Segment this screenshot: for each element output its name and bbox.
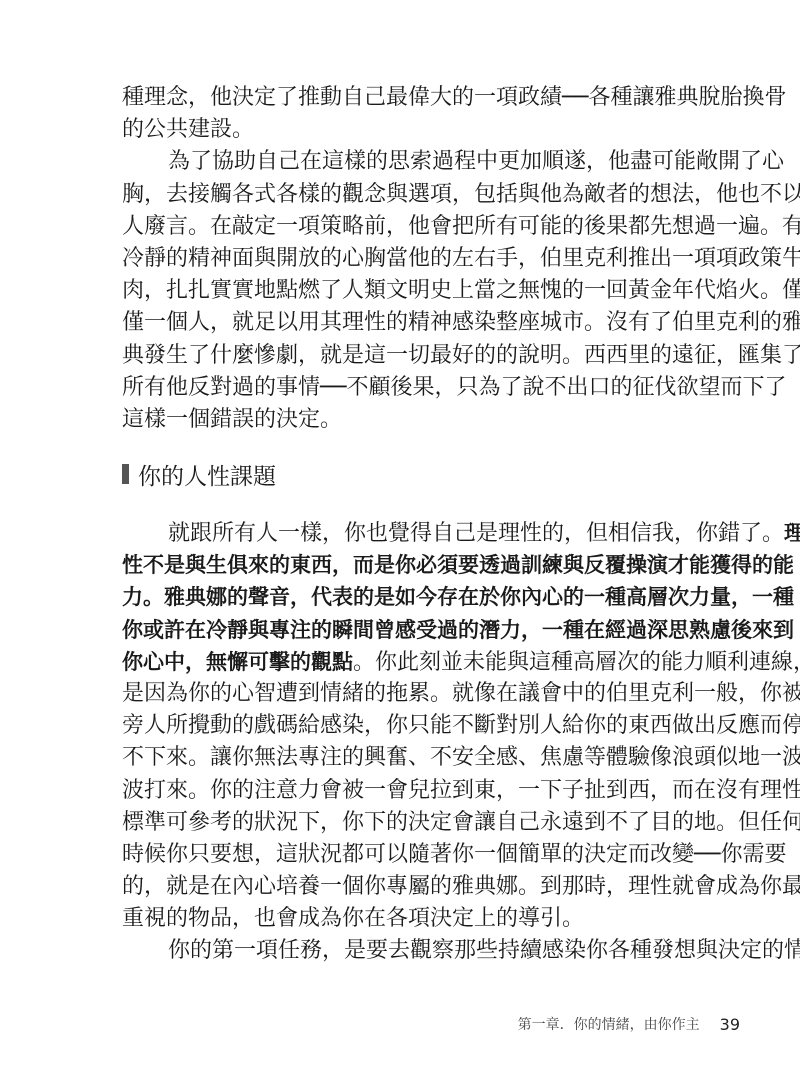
page-number: 39 — [720, 1015, 740, 1034]
section-heading: 你的人性課題 — [122, 459, 276, 489]
text-line: 典發生了什麼慘劇，就是這一切最好的的說明。西西里的遠征，匯集了 — [122, 340, 700, 372]
text-line: 的，就是在內心培養一個你專屬的雅典娜。到那時，理性就會成為你最 — [122, 871, 700, 903]
text-line: 肉，扎扎實實地點燃了人類文明史上當之無愧的一回黃金年代焰火。僅 — [122, 275, 700, 307]
text-line: 胸，去接觸各式各樣的觀念與選項，包括與他為敵者的想法，他也不以 — [122, 179, 700, 211]
text-line: 力。雅典娜的聲音，代表的是如今存在於你內心的一種高層次力量，一種 — [122, 581, 700, 613]
text-line: 冷靜的精神面與開放的心胸當他的左右手，伯里克利推出一項項政策牛 — [122, 243, 700, 275]
text-line: 標準可參考的狀況下，你下的決定會讓自己永遠到不了目的地。但任何 — [122, 807, 700, 839]
page-footer: 第一章．你的情緒，由你作主 39 — [518, 1014, 740, 1034]
text-line: 你或許在冷靜與專注的瞬間曾感受過的潛力，一種在經過深思熟慮後來到 — [122, 614, 700, 646]
body-text-section-2: 就跟所有人一樣，你也覺得自己是理性的，但相信我，你錯了。理 性不是與生俱來的東西… — [122, 517, 700, 968]
running-footer-chapter: 第一章．你的情緒，由你作主 — [518, 1014, 700, 1034]
text-normal: 。你此刻並未能與這種高層次的能力順利連線， — [353, 650, 800, 675]
text-line: 你的第一項任務，是要去觀察那些持續感染你各種發想與決定的情 — [122, 935, 700, 967]
text-line: 重視的物品，也會成為你在各項決定上的導引。 — [122, 903, 700, 935]
text-line: 是因為你的心智遭到情緒的拖累。就像在議會中的伯里克利一般，你被 — [122, 678, 700, 710]
text-line: 這樣一個錯誤的決定。 — [122, 404, 700, 436]
text-emphasis: 性不是與生俱來的東西，而是你必須要透過訓練與反覆操演才能獲得的能 — [122, 553, 794, 577]
text-line: 就跟所有人一樣，你也覺得自己是理性的，但相信我，你錯了。理 — [122, 517, 700, 549]
text-emphasis: 你心中，無懈可擊的觀點 — [122, 650, 353, 674]
book-page: 種理念，他決定了推動自己最偉大的一項政績──各種讓雅典脫胎換骨 的公共建設。 為… — [0, 0, 800, 1083]
text-line: 不下來。讓你無法專注的興奮、不安全感、焦慮等體驗像浪頭似地一波 — [122, 742, 700, 774]
text-line: 的公共建設。 — [122, 114, 700, 146]
text-line: 旁人所攪動的戲碼給感染，你只能不斷對別人給你的東西做出反應而停 — [122, 710, 700, 742]
text-line: 性不是與生俱來的東西，而是你必須要透過訓練與反覆操演才能獲得的能 — [122, 549, 700, 581]
text-emphasis: 理 — [784, 521, 800, 545]
text-line: 人廢言。在敲定一項策略前，他會把所有可能的後果都先想過一遍。有 — [122, 211, 700, 243]
text-line: 所有他反對過的事情──不顧後果，只為了說不出口的征伐欲望而下了 — [122, 372, 700, 404]
text-emphasis: 你或許在冷靜與專注的瞬間曾感受過的潛力，一種在經過深思熟慮後來到 — [122, 618, 794, 642]
text-emphasis: 力。雅典娜的聲音，代表的是如今存在於你內心的一種高層次力量，一種 — [122, 585, 794, 609]
text-line: 波打來。你的注意力會被一會兒拉到東，一下子扯到西，而在沒有理性 — [122, 775, 700, 807]
section-heading-title: 你的人性課題 — [138, 458, 276, 491]
text-line: 為了協助自己在這樣的思索過程中更加順遂，他盡可能敞開了心 — [122, 146, 700, 178]
body-text-section-1: 種理念，他決定了推動自己最偉大的一項政績──各種讓雅典脫胎換骨 的公共建設。 為… — [122, 82, 700, 436]
text-line: 時候你只要想，這狀況都可以隨著你一個簡單的決定而改變──你需要 — [122, 839, 700, 871]
text-line: 種理念，他決定了推動自己最偉大的一項政績──各種讓雅典脫胎換骨 — [122, 82, 700, 114]
text-line: 你心中，無懈可擊的觀點。你此刻並未能與這種高層次的能力順利連線， — [122, 646, 700, 678]
text-normal: 就跟所有人一樣，你也覺得自己是理性的，但相信我，你錯了。 — [168, 521, 784, 546]
text-line: 僅一個人，就足以用其理性的精神感染整座城市。沒有了伯里克利的雅 — [122, 307, 700, 339]
heading-bar-marker — [122, 464, 129, 484]
